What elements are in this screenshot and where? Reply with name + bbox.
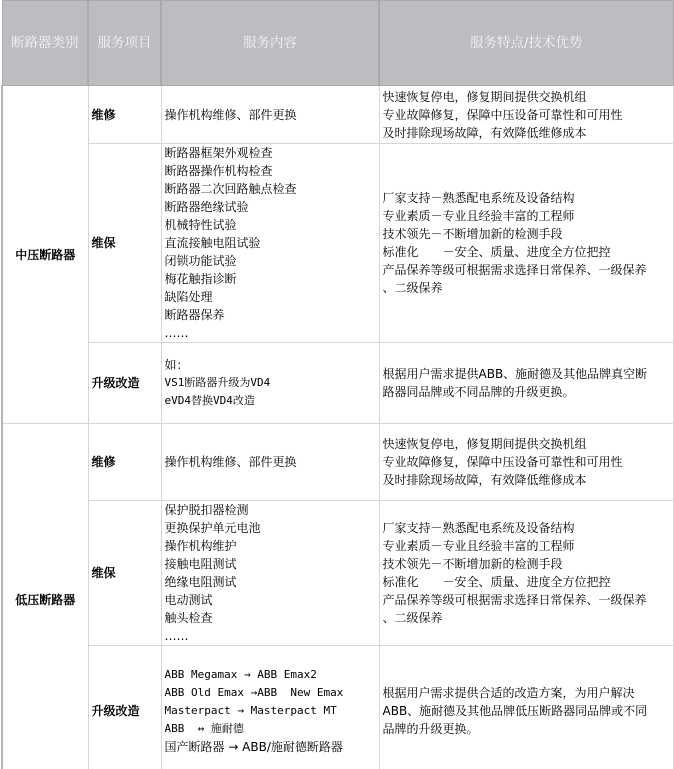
service-item: 维保	[88, 144, 161, 343]
category-mv-breaker: 中压断路器	[2, 86, 88, 424]
table-row: 升级改造 ABB Megamax → ABB Emax2 ABB Old Ema…	[2, 646, 673, 769]
header-category: 断路器类别	[2, 1, 88, 86]
service-features: 根据用户需求提供ABB、施耐德及其他品牌真空断 路器同品牌或不同品牌的升级更换。	[379, 343, 673, 424]
table-header-row: 断路器类别 服务项目 服务内容 服务特点/技术优势	[2, 1, 673, 86]
service-item: 维修	[88, 86, 161, 144]
service-content: ABB Megamax → ABB Emax2 ABB Old Emax →AB…	[161, 646, 379, 769]
service-content: 如： VS1断路器升级为VD4 eVD4替换VD4改造	[161, 343, 379, 424]
service-content: 保护脱扣器检测 更换保护单元电池 操作机构维护 接触电阻测试 绝缘电阻测试 电动…	[161, 501, 379, 646]
service-table: 断路器类别 服务项目 服务内容 服务特点/技术优势 中压断路器 维修 操作机构维…	[1, 0, 674, 769]
service-item: 升级改造	[88, 343, 161, 424]
service-features: 快速恢复停电，修复期间提供交换机组 专业故障修复，保障中压设备可靠性和可用性 及…	[379, 86, 673, 144]
service-item: 升级改造	[88, 646, 161, 769]
table-row: 维保 断路器框架外观检查 断路器操作机构检查 断路器二次回路触点检查 断路器绝缘…	[2, 144, 673, 343]
table-row: 升级改造 如： VS1断路器升级为VD4 eVD4替换VD4改造 根据用户需求提…	[2, 343, 673, 424]
table-row: 维保 保护脱扣器检测 更换保护单元电池 操作机构维护 接触电阻测试 绝缘电阻测试…	[2, 501, 673, 646]
service-features: 厂家支持－熟悉配电系统及设备结构 专业素质－专业且经验丰富的工程师 技术领先－不…	[379, 144, 673, 343]
service-content: 操作机构维修、部件更换	[161, 86, 379, 144]
service-content: 操作机构维修、部件更换	[161, 424, 379, 501]
service-item: 维保	[88, 501, 161, 646]
header-service-item: 服务项目	[88, 1, 161, 86]
service-features: 根据用户需求提供合适的改造方案，为用户解决 ABB、施耐德及其他品牌低压断路器同…	[379, 646, 673, 769]
header-service-features: 服务特点/技术优势	[379, 1, 673, 86]
service-item: 维修	[88, 424, 161, 501]
table-row: 低压断路器 维修 操作机构维修、部件更换 快速恢复停电，修复期间提供交换机组 专…	[2, 424, 673, 501]
table-row: 中压断路器 维修 操作机构维修、部件更换 快速恢复停电，修复期间提供交换机组 专…	[2, 86, 673, 144]
service-content: 断路器框架外观检查 断路器操作机构检查 断路器二次回路触点检查 断路器绝缘试验 …	[161, 144, 379, 343]
category-lv-breaker: 低压断路器	[2, 424, 88, 769]
service-features: 快速恢复停电，修复期间提供交换机组 专业故障修复，保障中压设备可靠性和可用性 及…	[379, 424, 673, 501]
service-features: 厂家支持－熟悉配电系统及设备结构 专业素质－专业且经验丰富的工程师 技术领先－不…	[379, 501, 673, 646]
header-service-content: 服务内容	[161, 1, 379, 86]
